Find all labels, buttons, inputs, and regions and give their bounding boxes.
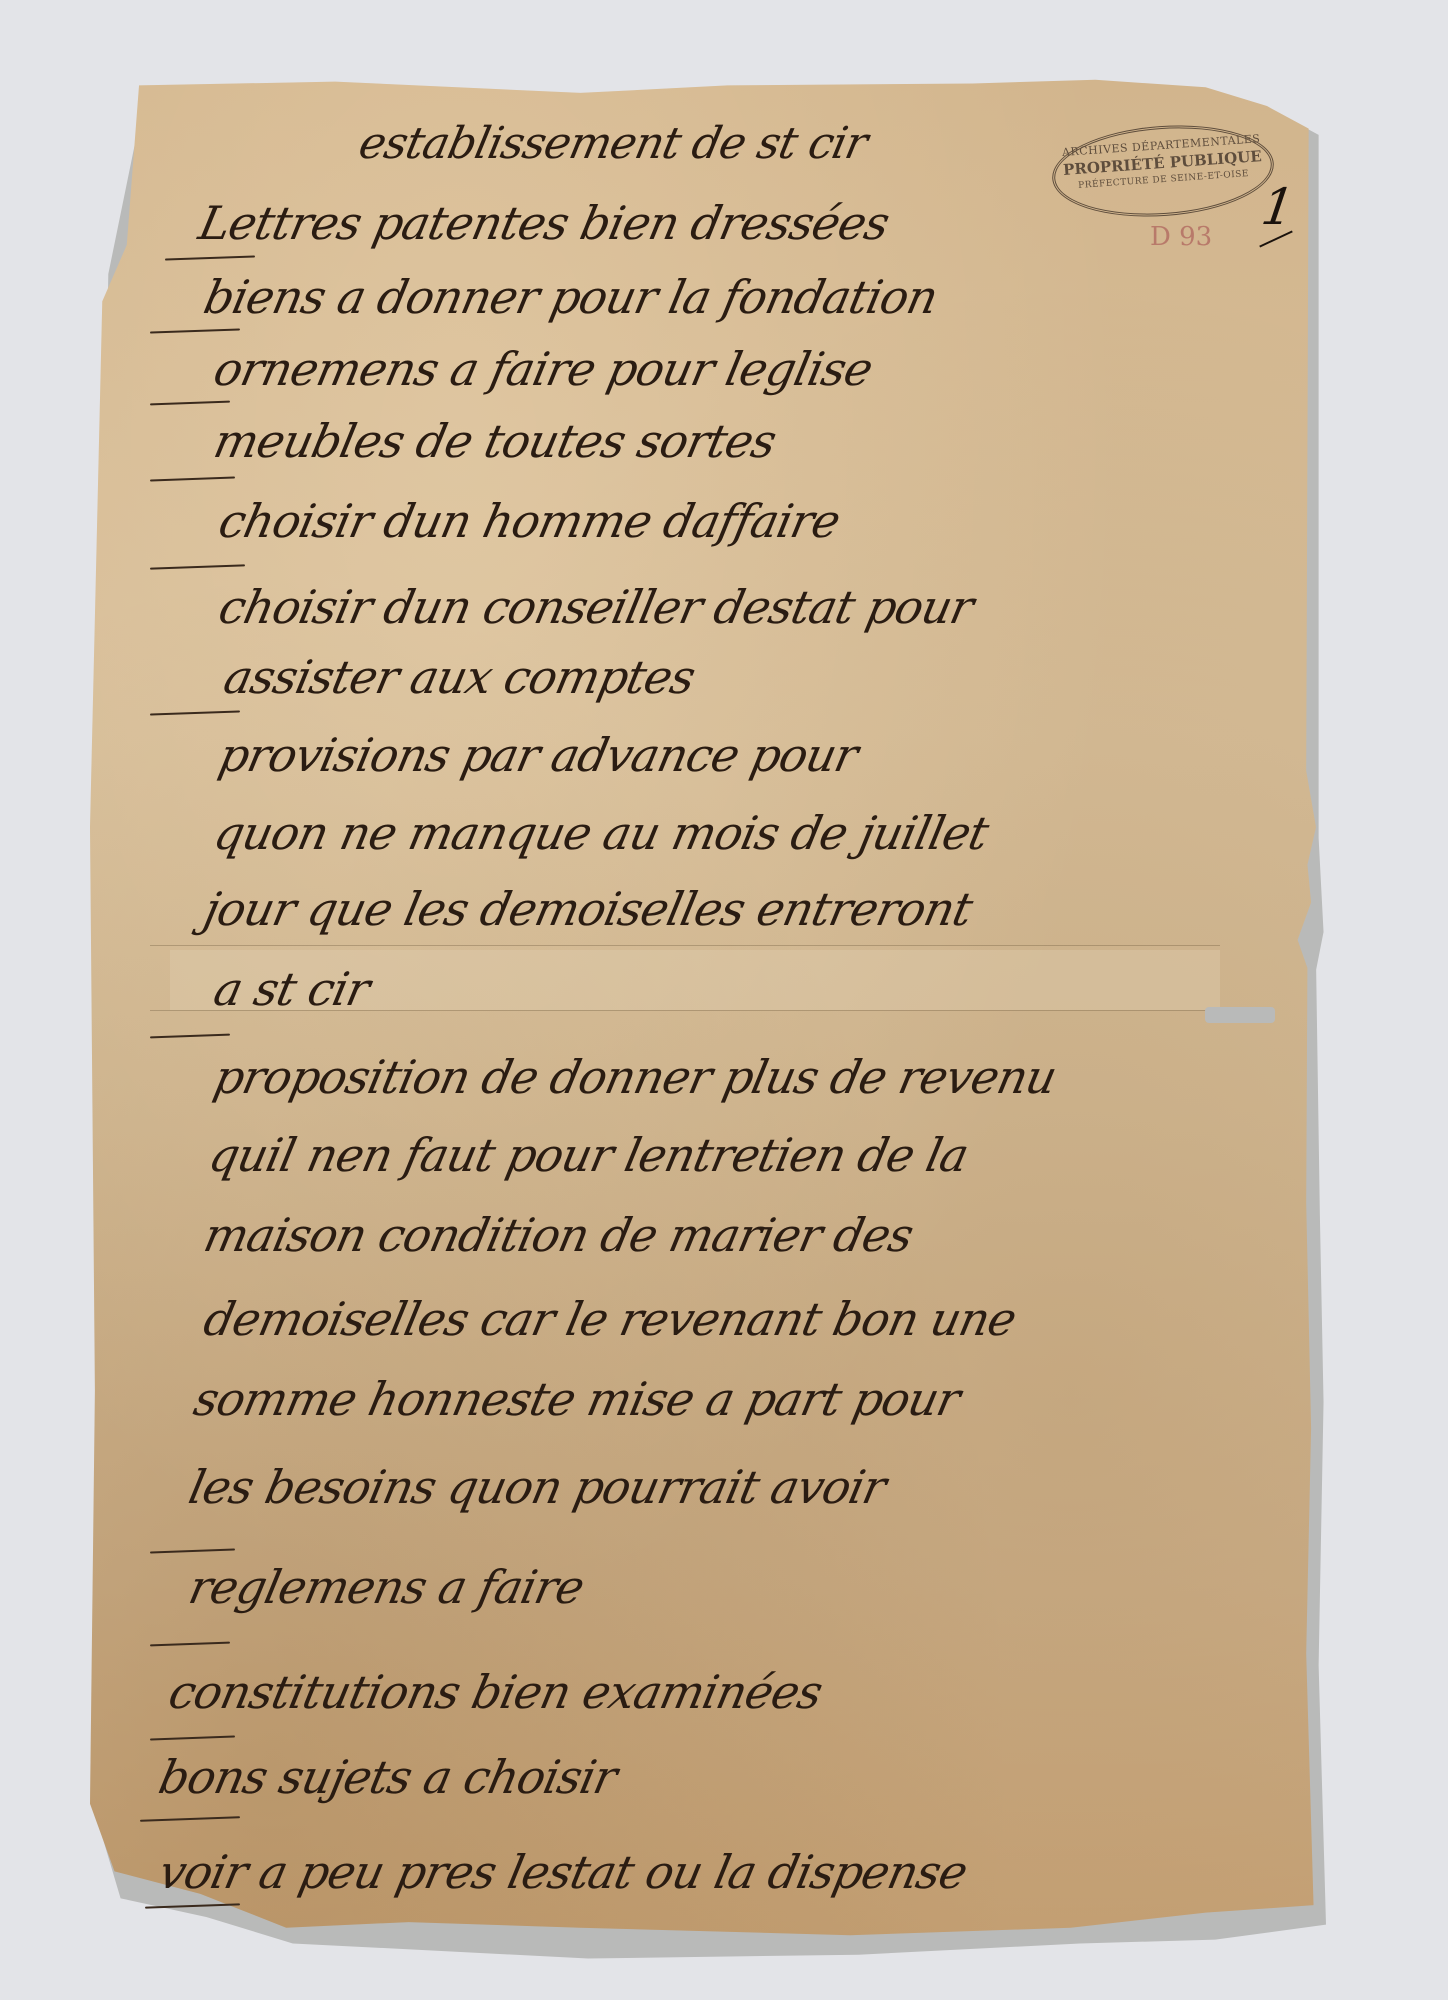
manuscript-line: constitutions bien examinées: [164, 1665, 826, 1719]
manuscript-line: jour que les demoiselles entreront: [199, 882, 976, 936]
manuscript-line: quon ne manque au mois de juillet: [209, 806, 993, 860]
document-title: establissement de st cir: [355, 118, 872, 169]
manuscript-line: bons sujets a choisir: [154, 1750, 621, 1804]
manuscript-line: reglemens a faire: [184, 1560, 588, 1614]
manuscript-line: Lettres patentes bien dressées: [194, 196, 893, 250]
manuscript-line: choisir dun homme daffaire: [214, 494, 844, 548]
manuscript-line: quil nen faut pour lentretien de la: [204, 1128, 973, 1182]
shelfmark: D 93: [1150, 222, 1212, 252]
manuscript-line: biens a donner pour la fondation: [199, 270, 942, 324]
manuscript-line: meubles de toutes sortes: [209, 414, 780, 468]
manuscript-line: assister aux comptes: [219, 650, 699, 704]
manuscript-line: a st cir: [209, 962, 374, 1016]
manuscript-line: proposition de donner plus de revenu: [209, 1050, 1061, 1104]
manuscript-line: maison condition de marier des: [199, 1208, 917, 1262]
manuscript-line: voir a peu pres lestat ou la dispense: [154, 1845, 971, 1899]
paper-tear: [1205, 1007, 1275, 1023]
manuscript-line: les besoins quon pourrait avoir: [184, 1460, 890, 1514]
fold-line: [150, 945, 1220, 946]
manuscript-line: demoiselles car le revenant bon une: [199, 1292, 1020, 1346]
manuscript-line: provisions par advance pour: [214, 728, 862, 782]
manuscript-line: somme honneste mise a part pour: [189, 1372, 964, 1426]
manuscript-line: choisir dun conseiller destat pour: [214, 580, 977, 634]
manuscript-line: ornemens a faire pour leglise: [209, 342, 877, 396]
